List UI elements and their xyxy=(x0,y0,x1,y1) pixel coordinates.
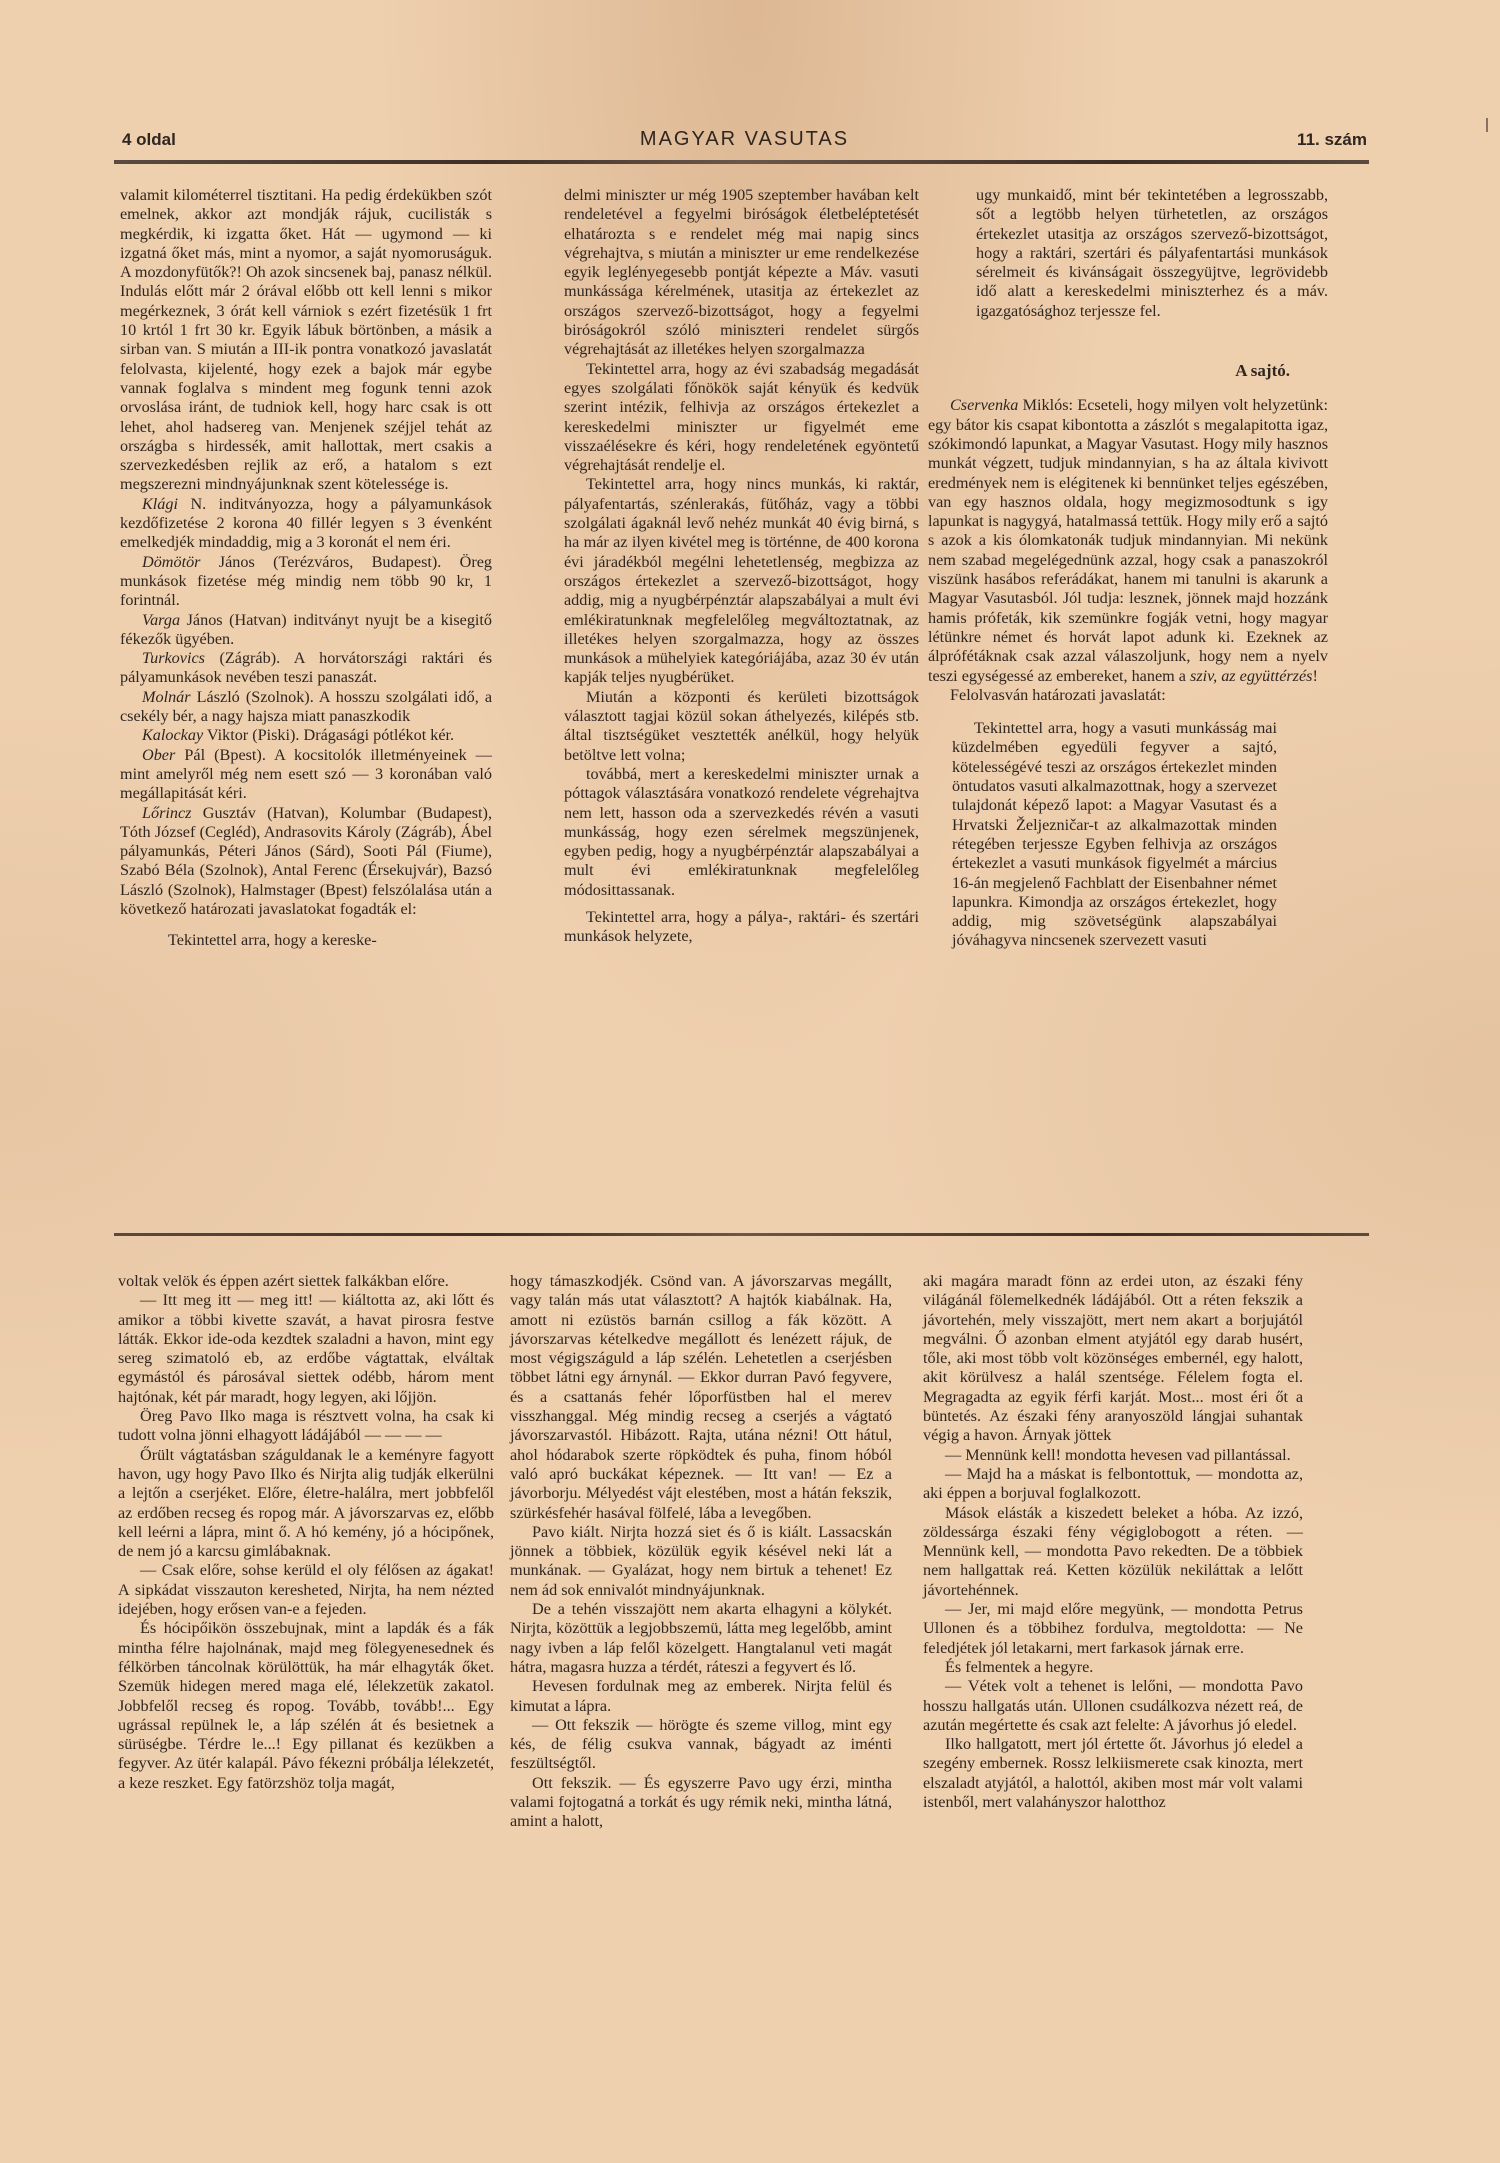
paragraph: Őrült vágtatásban száguldanak le a kemén… xyxy=(118,1446,494,1562)
paragraph: — Csak előre, sohse kerüld el oly félőse… xyxy=(118,1561,494,1619)
paragraph: Kalockay Viktor (Piski). Drágasági pótlé… xyxy=(120,726,492,745)
speaker-name: Kalockay xyxy=(142,726,203,744)
paragraph: Varga János (Hatvan) inditványt nyujt be… xyxy=(120,611,492,650)
paragraph: Lőrincz Gusztáv (Hatvan), Kolumbar (Buda… xyxy=(120,804,492,920)
speaker-name: Dömötör xyxy=(142,553,200,571)
paragraph: Cservenka Miklós: Ecseteli, hogy milyen … xyxy=(928,396,1328,685)
paragraph: hogy támaszkodjék. Csönd van. A jávorsza… xyxy=(510,1272,892,1523)
paragraph: Ilko hallgatott, mert jól értette őt. Já… xyxy=(923,1735,1303,1812)
newspaper-title: MAGYAR VASUTAS xyxy=(122,128,1367,151)
section-heading: A sajtó. xyxy=(976,361,1290,380)
feuilleton-rule xyxy=(114,1233,1369,1236)
paragraph: aki magára maradt fönn az erdei uton, az… xyxy=(923,1272,1303,1446)
feuilleton-column-1: voltak velök és éppen azért siettek falk… xyxy=(118,1272,494,1793)
paragraph: Tekintettel arra, hogy nincs munkás, ki … xyxy=(564,475,919,687)
paragraph: De a tehén visszajött nem akarta elhagyn… xyxy=(510,1600,892,1677)
paragraph: — Mennünk kell! mondotta hevesen vad pil… xyxy=(923,1446,1303,1465)
paragraph: delmi miniszter ur még 1905 szeptember h… xyxy=(564,186,919,360)
paragraph: Mások elásták a kiszedett beleket a hóba… xyxy=(923,1504,1303,1600)
report-column-2: delmi miniszter ur még 1905 szeptember h… xyxy=(564,186,919,947)
resolution-block: Tekintettel arra, hogy a vasuti munkássá… xyxy=(952,719,1277,951)
paragraph: Tekintettel arra, hogy az évi szabadság … xyxy=(564,360,919,476)
report-column-3: ugy munkaidő, mint bér tekintetében a le… xyxy=(976,186,1328,951)
speaker-name: Turkovics xyxy=(142,649,205,667)
paragraph: Ober Pál (Bpest). A kocsitolók illetmény… xyxy=(120,746,492,804)
speaker-name: Klági xyxy=(142,495,178,513)
paragraph: Hevesen fordulnak meg az emberek. Nirjta… xyxy=(510,1677,892,1716)
paragraph: — Jer, mi majd előre megyünk, — mondotta… xyxy=(923,1600,1303,1658)
paragraph: És hócipőikön összebujnak, mint a lapdák… xyxy=(118,1619,494,1793)
paragraph: Öreg Pavo Ilko maga is résztvett volna, … xyxy=(118,1407,494,1446)
newspaper-page: 4 oldal MAGYAR VASUTAS 11. szám valamit … xyxy=(0,0,1500,2163)
report-column-1: valamit kilométerrel tisztitani. Ha pedi… xyxy=(120,186,492,951)
issue-number: 11. szám xyxy=(1297,130,1367,150)
paragraph: Pavo kiált. Nirjta hozzá siet és ő is ki… xyxy=(510,1523,892,1600)
paragraph: voltak velök és éppen azért siettek falk… xyxy=(118,1272,494,1291)
paragraph: — Vétek volt a tehenet is lelőni, — mond… xyxy=(923,1677,1303,1735)
paragraph: Ott fekszik. — És egyszerre Pavo ugy érz… xyxy=(510,1774,892,1832)
paragraph: Tekintettel arra, hogy a vasuti munkássá… xyxy=(952,719,1277,951)
running-head: 4 oldal MAGYAR VASUTAS 11. szám xyxy=(122,126,1367,156)
speaker-name: Cservenka xyxy=(950,396,1018,414)
paragraph: Dömötör János (Terézváros, Budapest). Ör… xyxy=(120,553,492,611)
resolution-start: Tekintettel arra, hogy a kereske- xyxy=(120,931,492,950)
speaker-name: Varga xyxy=(142,611,180,629)
paragraph: Molnár László (Szolnok). A hosszu szolgá… xyxy=(120,688,492,727)
margin-mark xyxy=(1486,118,1488,132)
paragraph: ugy munkaidő, mint bér tekintetében a le… xyxy=(976,186,1328,321)
paragraph: Klági N. inditványozza, hogy a pályamunk… xyxy=(120,495,492,553)
feuilleton-column-3: aki magára maradt fönn az erdei uton, az… xyxy=(923,1272,1303,1812)
speaker-name: Ober xyxy=(142,746,175,764)
press-section: Cservenka Miklós: Ecseteli, hogy milyen … xyxy=(928,396,1328,950)
feuilleton-column-2: hogy támaszkodjék. Csönd van. A jávorsza… xyxy=(510,1272,892,1832)
paragraph: — Majd ha a máskat is felbontottuk, — mo… xyxy=(923,1465,1303,1504)
paragraph: valamit kilométerrel tisztitani. Ha pedi… xyxy=(120,186,492,495)
speaker-name: Lőrincz xyxy=(142,804,191,822)
speaker-name: Molnár xyxy=(142,688,191,706)
header-rule xyxy=(114,160,1369,164)
paragraph: — Ott fekszik — hörögte és szeme villog,… xyxy=(510,1716,892,1774)
paragraph: Tekintettel arra, hogy a pálya-, raktári… xyxy=(564,908,919,947)
paragraph: Turkovics (Zágráb). A horvátországi rakt… xyxy=(120,649,492,688)
paragraph: — Itt meg itt — meg itt! — kiáltotta az,… xyxy=(118,1291,494,1407)
paragraph: És felmentek a hegyre. xyxy=(923,1658,1303,1677)
paragraph: továbbá, mert a kereskedelmi miniszter u… xyxy=(564,765,919,900)
emphasis: sziv, az együttérzés xyxy=(1190,667,1312,685)
paragraph: Felolvasván határozati javaslatát: xyxy=(928,686,1328,705)
paragraph: Miután a központi és kerületi bizottságo… xyxy=(564,688,919,765)
